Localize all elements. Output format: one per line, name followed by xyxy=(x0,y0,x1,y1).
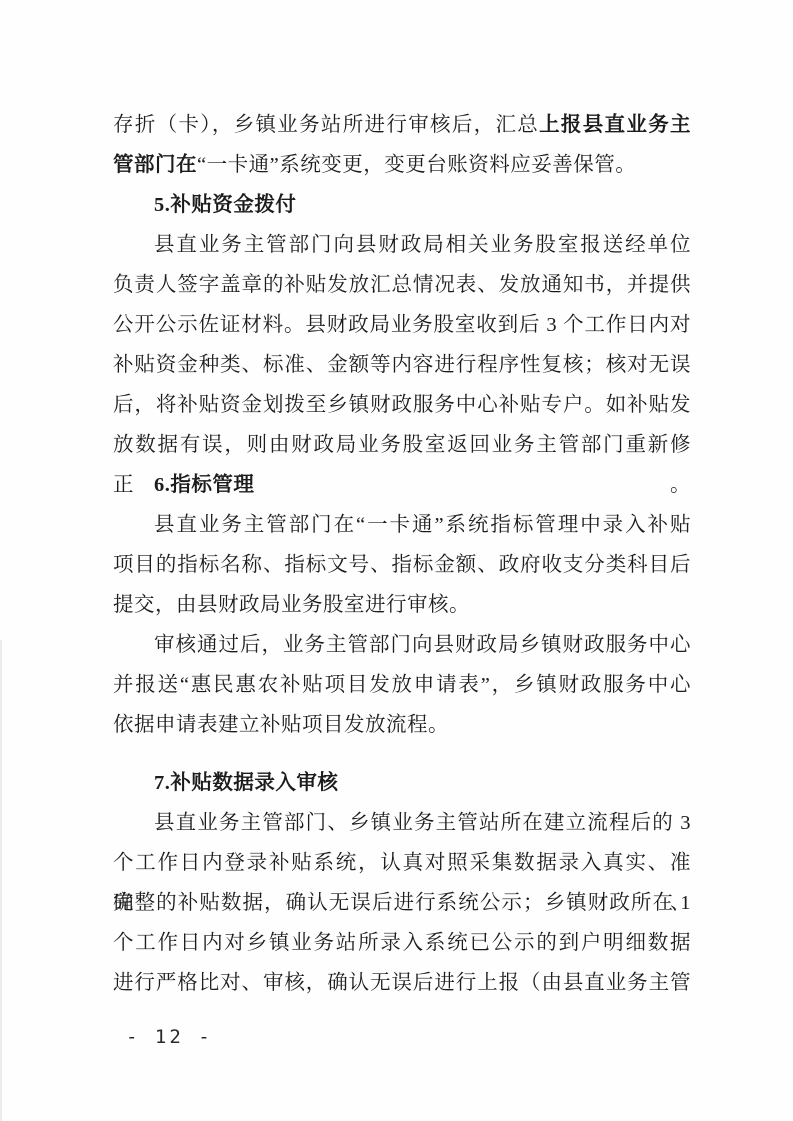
scan-edge-artifact xyxy=(0,640,2,1121)
text-line: 个工作日内登录补贴系统，认真对照采集数据录入真实、准确、 xyxy=(113,843,691,883)
text-line: 项目的指标名称、指标文号、指标金额、政府收支分类科目后 xyxy=(113,545,691,585)
text-line: 县直业务主管部门向县财政局相关业务股室报送经单位 xyxy=(113,225,691,265)
text-segment: 负责人签字盖章的补贴发放汇总情况表、发放通知书，并提供 xyxy=(113,274,691,296)
text-line: 后，将补贴资金划拨至乡镇财政服务中心补贴专户。如补贴发 xyxy=(113,385,691,425)
text-line: 进行严格比对、审核，确认无误后进行上报（由县直业务主管 xyxy=(113,963,691,1003)
bold-text-segment: 管部门在 xyxy=(113,154,197,176)
text-line: 审核通过后，业务主管部门向县财政局乡镇财政服务中心 xyxy=(113,625,691,665)
text-line: 管部门在“一卡通”系统变更，变更台账资料应妥善保管。 xyxy=(113,145,691,185)
text-segment: 并报送“惠民惠农补贴项目发放申请表”，乡镇财政服务中心 xyxy=(113,674,691,696)
text-line: 存折（卡），乡镇业务站所进行审核后，汇总上报县直业务主 xyxy=(113,105,691,145)
text-line: 放数据有误，则由财政局业务股室返回业务主管部门重新修正。 xyxy=(113,425,691,465)
text-segment: 县直业务主管部门在“一卡通”系统指标管理中录入补贴 xyxy=(154,514,691,536)
text-segment: 后，将补贴资金划拨至乡镇财政服务中心补贴专户。如补贴发 xyxy=(113,394,691,416)
text-segment: 提交，由县财政局业务股室进行审核。 xyxy=(113,594,470,616)
text-segment: 进行严格比对、审核，确认无误后进行上报（由县直业务主管 xyxy=(113,972,691,994)
text-segment: 项目的指标名称、指标文号、指标金额、政府收支分类科目后 xyxy=(113,554,691,576)
text-line: 完整的补贴数据，确认无误后进行系统公示；乡镇财政所在 1 xyxy=(113,883,691,923)
text-segment: 个工作日内对乡镇业务站所录入系统已公示的到户明细数据 xyxy=(113,932,691,954)
document-page: 存折（卡），乡镇业务站所进行审核后，汇总上报县直业务主管部门在“一卡通”系统变更… xyxy=(0,0,793,1121)
document-body: 存折（卡），乡镇业务站所进行审核后，汇总上报县直业务主管部门在“一卡通”系统变更… xyxy=(113,105,691,1003)
text-segment: 补贴资金种类、标准、金额等内容进行程序性复核；核对无误 xyxy=(113,354,691,376)
section-heading: 7.补贴数据录入审核 xyxy=(113,763,691,803)
text-segment: 公开公示佐证材料。县财政局业务股室收到后 3 个工作日内对 xyxy=(113,314,691,336)
bold-text-segment: 上报县直业务主 xyxy=(539,114,691,136)
text-segment: 存折（卡），乡镇业务站所进行审核后，汇总 xyxy=(113,114,539,136)
text-segment: 县直业务主管部门、乡镇业务主管站所在建立流程后的 3 xyxy=(154,812,691,834)
text-line: 县直业务主管部门、乡镇业务主管站所在建立流程后的 3 xyxy=(113,803,691,843)
text-line: 公开公示佐证材料。县财政局业务股室收到后 3 个工作日内对 xyxy=(113,305,691,345)
text-segment: 依据申请表建立补贴项目发放流程。 xyxy=(113,714,449,736)
text-segment: “一卡通”系统变更，变更台账资料应妥善保管。 xyxy=(197,154,636,176)
text-line: 县直业务主管部门在“一卡通”系统指标管理中录入补贴 xyxy=(113,505,691,545)
text-segment: 审核通过后，业务主管部门向县财政局乡镇财政服务中心 xyxy=(154,634,691,656)
text-line: 并报送“惠民惠农补贴项目发放申请表”，乡镇财政服务中心 xyxy=(113,665,691,705)
text-line: 补贴资金种类、标准、金额等内容进行程序性复核；核对无误 xyxy=(113,345,691,385)
text-segment: 县直业务主管部门向县财政局相关业务股室报送经单位 xyxy=(154,234,691,256)
text-line: 提交，由县财政局业务股室进行审核。 xyxy=(113,585,691,625)
text-line: 依据申请表建立补贴项目发放流程。 xyxy=(113,705,691,745)
section-heading: 5.补贴资金拨付 xyxy=(113,185,691,225)
text-segment: 完整的补贴数据，确认无误后进行系统公示；乡镇财政所在 1 xyxy=(113,892,691,914)
page-number: - 12 - xyxy=(126,1026,213,1048)
text-line: 个工作日内对乡镇业务站所录入系统已公示的到户明细数据 xyxy=(113,923,691,963)
text-line: 负责人签字盖章的补贴发放汇总情况表、发放通知书，并提供 xyxy=(113,265,691,305)
